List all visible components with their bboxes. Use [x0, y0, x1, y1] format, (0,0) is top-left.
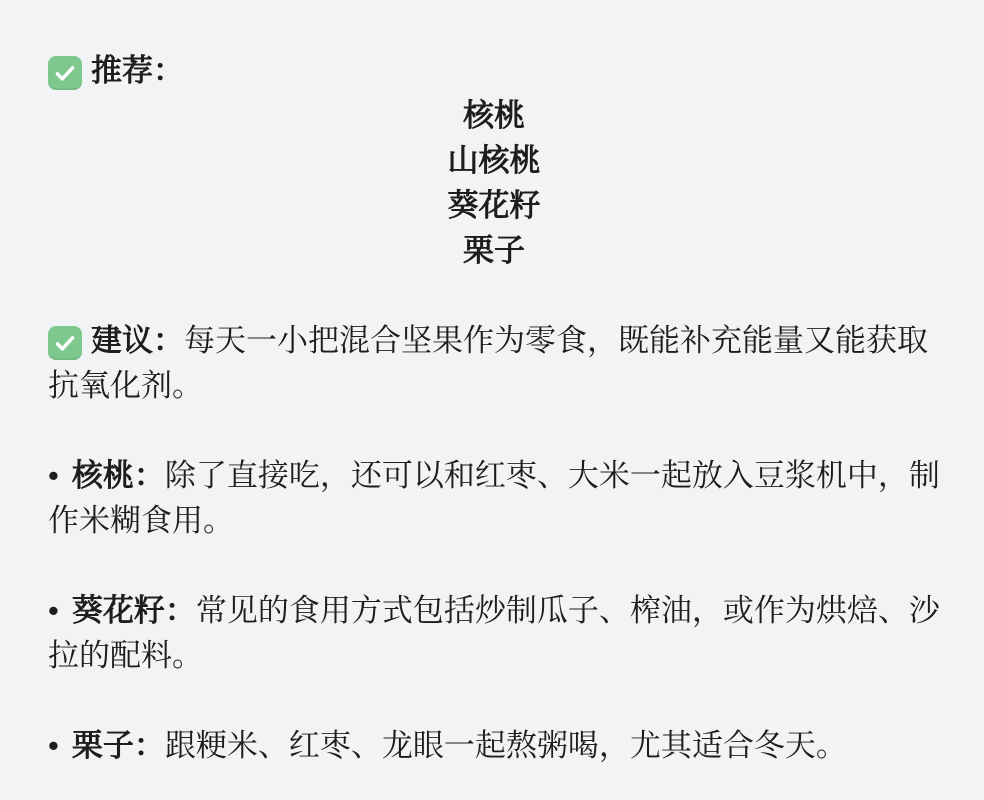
recommended-item: 栗子 [48, 228, 940, 273]
bullet-label: 核桃： [72, 458, 165, 493]
list-item: •葵花籽：常见的食用方式包括炒制瓜子、榨油，或作为烘焙、沙拉的配料。 [48, 588, 940, 678]
bullet-text: 除了直接吃，还可以和红枣、大米一起放入豆浆机中，制作米糊食用。 [48, 458, 940, 538]
recommended-item: 核桃 [48, 93, 940, 138]
recommended-item: 山核桃 [48, 138, 940, 183]
list-item: •核桃：除了直接吃，还可以和红枣、大米一起放入豆浆机中，制作米糊食用。 [48, 453, 940, 543]
list-item: •栗子：跟粳米、红枣、龙眼一起熬粥喝，尤其适合冬天。 [48, 723, 940, 768]
bullet-icon: • [48, 588, 59, 633]
recommended-item: 葵花籽 [48, 183, 940, 228]
bullet-icon: • [48, 453, 59, 498]
suggestion-label: 建议： [91, 323, 184, 358]
recommend-heading: 推荐： [48, 48, 940, 93]
bullet-icon: • [48, 723, 59, 768]
bullet-label: 葵花籽： [72, 593, 196, 628]
note-content: 推荐： 核桃 山核桃 葵花籽 栗子 建议：每天一小把混合坚果作为零食，既能补充能… [48, 48, 940, 768]
check-mark-icon [48, 56, 82, 90]
suggestion-paragraph: 建议：每天一小把混合坚果作为零食，既能补充能量又能获取抗氧化剂。 [48, 318, 940, 408]
bullet-label: 栗子： [72, 728, 165, 763]
check-mark-icon [48, 326, 82, 360]
recommend-label: 推荐： [91, 53, 184, 88]
bullet-text: 跟粳米、红枣、龙眼一起熬粥喝，尤其适合冬天。 [165, 728, 847, 763]
recommended-list: 核桃 山核桃 葵花籽 栗子 [48, 93, 940, 273]
